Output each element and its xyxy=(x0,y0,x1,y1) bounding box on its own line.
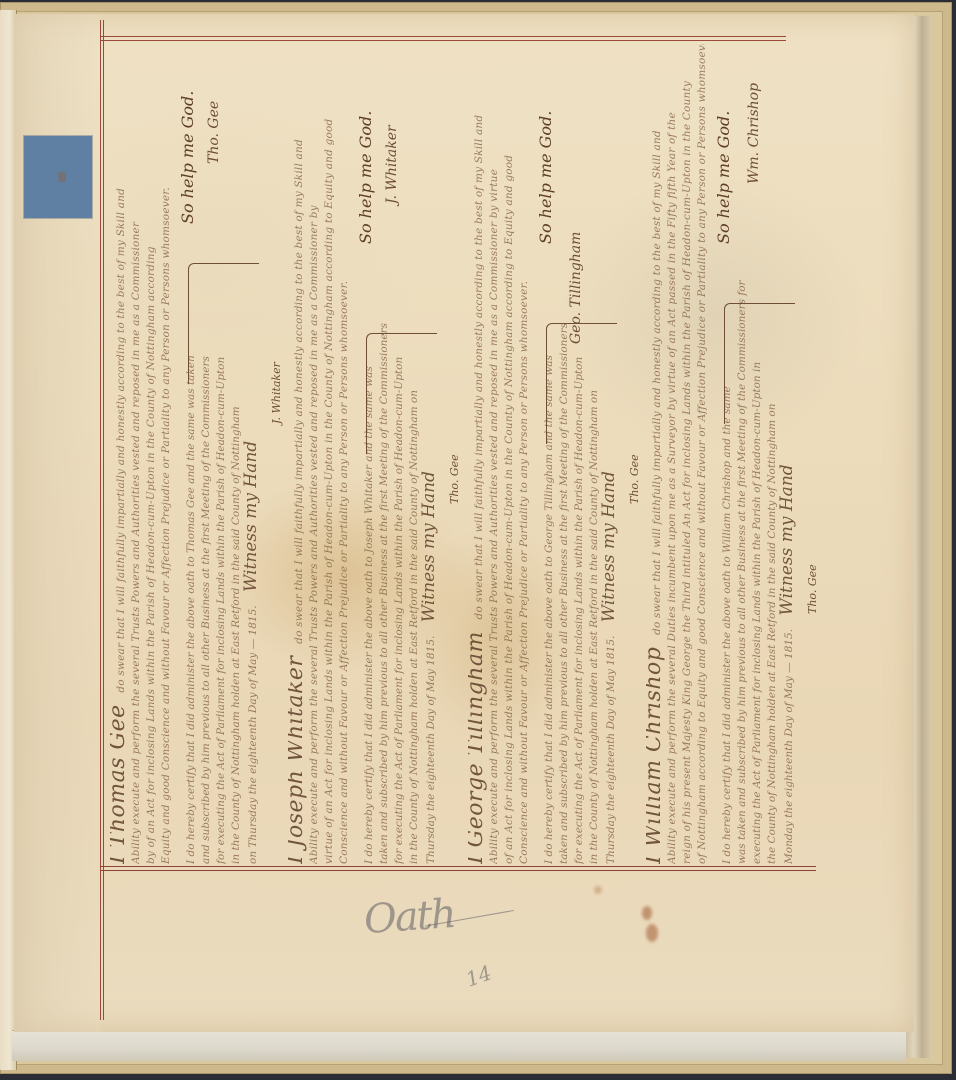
certification-line: in the County of Nottingham holden at Ea… xyxy=(587,44,602,864)
brace-bracket xyxy=(724,303,795,424)
certification-line: Thursday the eighteenth Day of May 1815. xyxy=(425,636,437,864)
rotated-text-container: I Thomas Gee do swear that I will faithf… xyxy=(106,44,816,864)
oath-name: I Thomas Gee xyxy=(110,704,129,864)
oath-line: Conscience and without Favour or Affecti… xyxy=(517,44,532,864)
oath-line: Equity and good Conscience and without F… xyxy=(159,44,174,864)
oath-text-area: I Thomas Gee do swear that I will faithf… xyxy=(106,44,816,864)
certification-line: Monday the eighteenth Day of May — 1815. xyxy=(783,629,795,864)
oath-signature: Tho. Gee xyxy=(206,101,222,164)
stain-mark xyxy=(646,924,658,942)
oath-line: Ability execute and perform the several … xyxy=(129,44,144,864)
oath-line: of an Act for inclosing Lands within the… xyxy=(502,44,517,864)
oath-signature: Wm. Chrishop xyxy=(746,83,762,184)
oath-line: Ability execute and perform the several … xyxy=(487,44,502,864)
witness-label: Witness my Hand xyxy=(419,471,439,622)
brace-bracket xyxy=(188,263,259,384)
certification-line: in the County of Nottingham holden at Ea… xyxy=(407,44,422,864)
witness-label: Witness my Hand xyxy=(599,471,619,622)
oath-line: Ability execute and perform the several … xyxy=(307,44,322,864)
oath-line: virtue of an Act for inclosing Lands wit… xyxy=(322,44,337,864)
stain-mark xyxy=(594,886,602,894)
oath-line: reign of his present Majesty King George… xyxy=(680,44,695,864)
attest-signature: Tho. Gee xyxy=(806,564,816,614)
document-scan: I Thomas Gee do swear that I will faithf… xyxy=(0,0,956,1080)
oath-name: I William Chrishop xyxy=(646,647,665,864)
oath-name: I Joseph Whitaker xyxy=(288,656,307,864)
brace-bracket xyxy=(366,333,437,454)
oath-line: do swear that I will faithfully impartia… xyxy=(473,115,485,620)
certification-line: the County of Nottingham holden at East … xyxy=(765,44,780,864)
certification-line: for executing the Act of Parliament for … xyxy=(572,44,587,864)
oath-block-william-chrishop: I William Chrishop do swear that I will … xyxy=(646,44,797,864)
oath-line: do swear that I will faithfully impartia… xyxy=(115,188,127,693)
witness-label: Witness my Hand xyxy=(241,441,261,592)
certification-line: for executing the Act of Parliament for … xyxy=(214,44,229,864)
certification-line: and subscribed by him previous to all ot… xyxy=(199,44,214,864)
blue-label-tab xyxy=(24,136,92,218)
pencil-annotation-title: Oath xyxy=(363,891,456,943)
bottom-folded-flap xyxy=(12,1030,906,1061)
oath-name: I George Tillingham xyxy=(468,631,487,864)
oath-line: do swear that I will faithfully impartia… xyxy=(293,139,305,644)
so-help-me-god: So help me God. xyxy=(178,91,197,224)
oath-line: do swear that I will faithfully impartia… xyxy=(651,130,663,635)
so-help-me-god: So help me God. xyxy=(536,111,555,244)
oath-block-george-tillingham: I George Tillingham do swear that I will… xyxy=(468,44,619,864)
red-rule-top xyxy=(100,36,786,41)
attest-signature: Tho. Gee xyxy=(448,454,461,504)
stain-mark xyxy=(642,906,652,920)
oath-line: Ability execute and perform the several … xyxy=(665,44,680,864)
attest-signature: Tho. Gee xyxy=(628,454,641,504)
oath-signature: J. Whitaker xyxy=(384,125,400,204)
oath-line: Conscience and without Favour or Affecti… xyxy=(337,44,352,864)
parchment-page: I Thomas Gee do swear that I will faithf… xyxy=(14,14,914,1032)
red-rule-bottom xyxy=(100,866,816,871)
certification-line: Thursday the eighteenth Day of May 1815. xyxy=(605,636,617,864)
certification-line: taken and subscribed by him previous to … xyxy=(557,44,572,864)
oath-line: of Nottingham according to Equity and go… xyxy=(695,44,710,864)
so-help-me-god: So help me God. xyxy=(714,111,733,244)
oath-block-joseph-whitaker: I Joseph Whitaker do swear that I will f… xyxy=(288,44,439,864)
pencil-annotation-number: 14 xyxy=(463,960,495,991)
brace-bracket xyxy=(546,323,617,444)
oath-block-thomas-gee: I Thomas Gee do swear that I will faithf… xyxy=(110,44,261,864)
witness-label: Witness my Hand xyxy=(777,464,797,615)
attest-signature: J. Whitaker xyxy=(270,362,283,424)
oath-line: by of an Act for inclosing Lands within … xyxy=(144,44,159,864)
so-help-me-god: So help me God. xyxy=(356,111,375,244)
certification-line: on Thursday the eighteenth Day of May — … xyxy=(247,605,259,864)
